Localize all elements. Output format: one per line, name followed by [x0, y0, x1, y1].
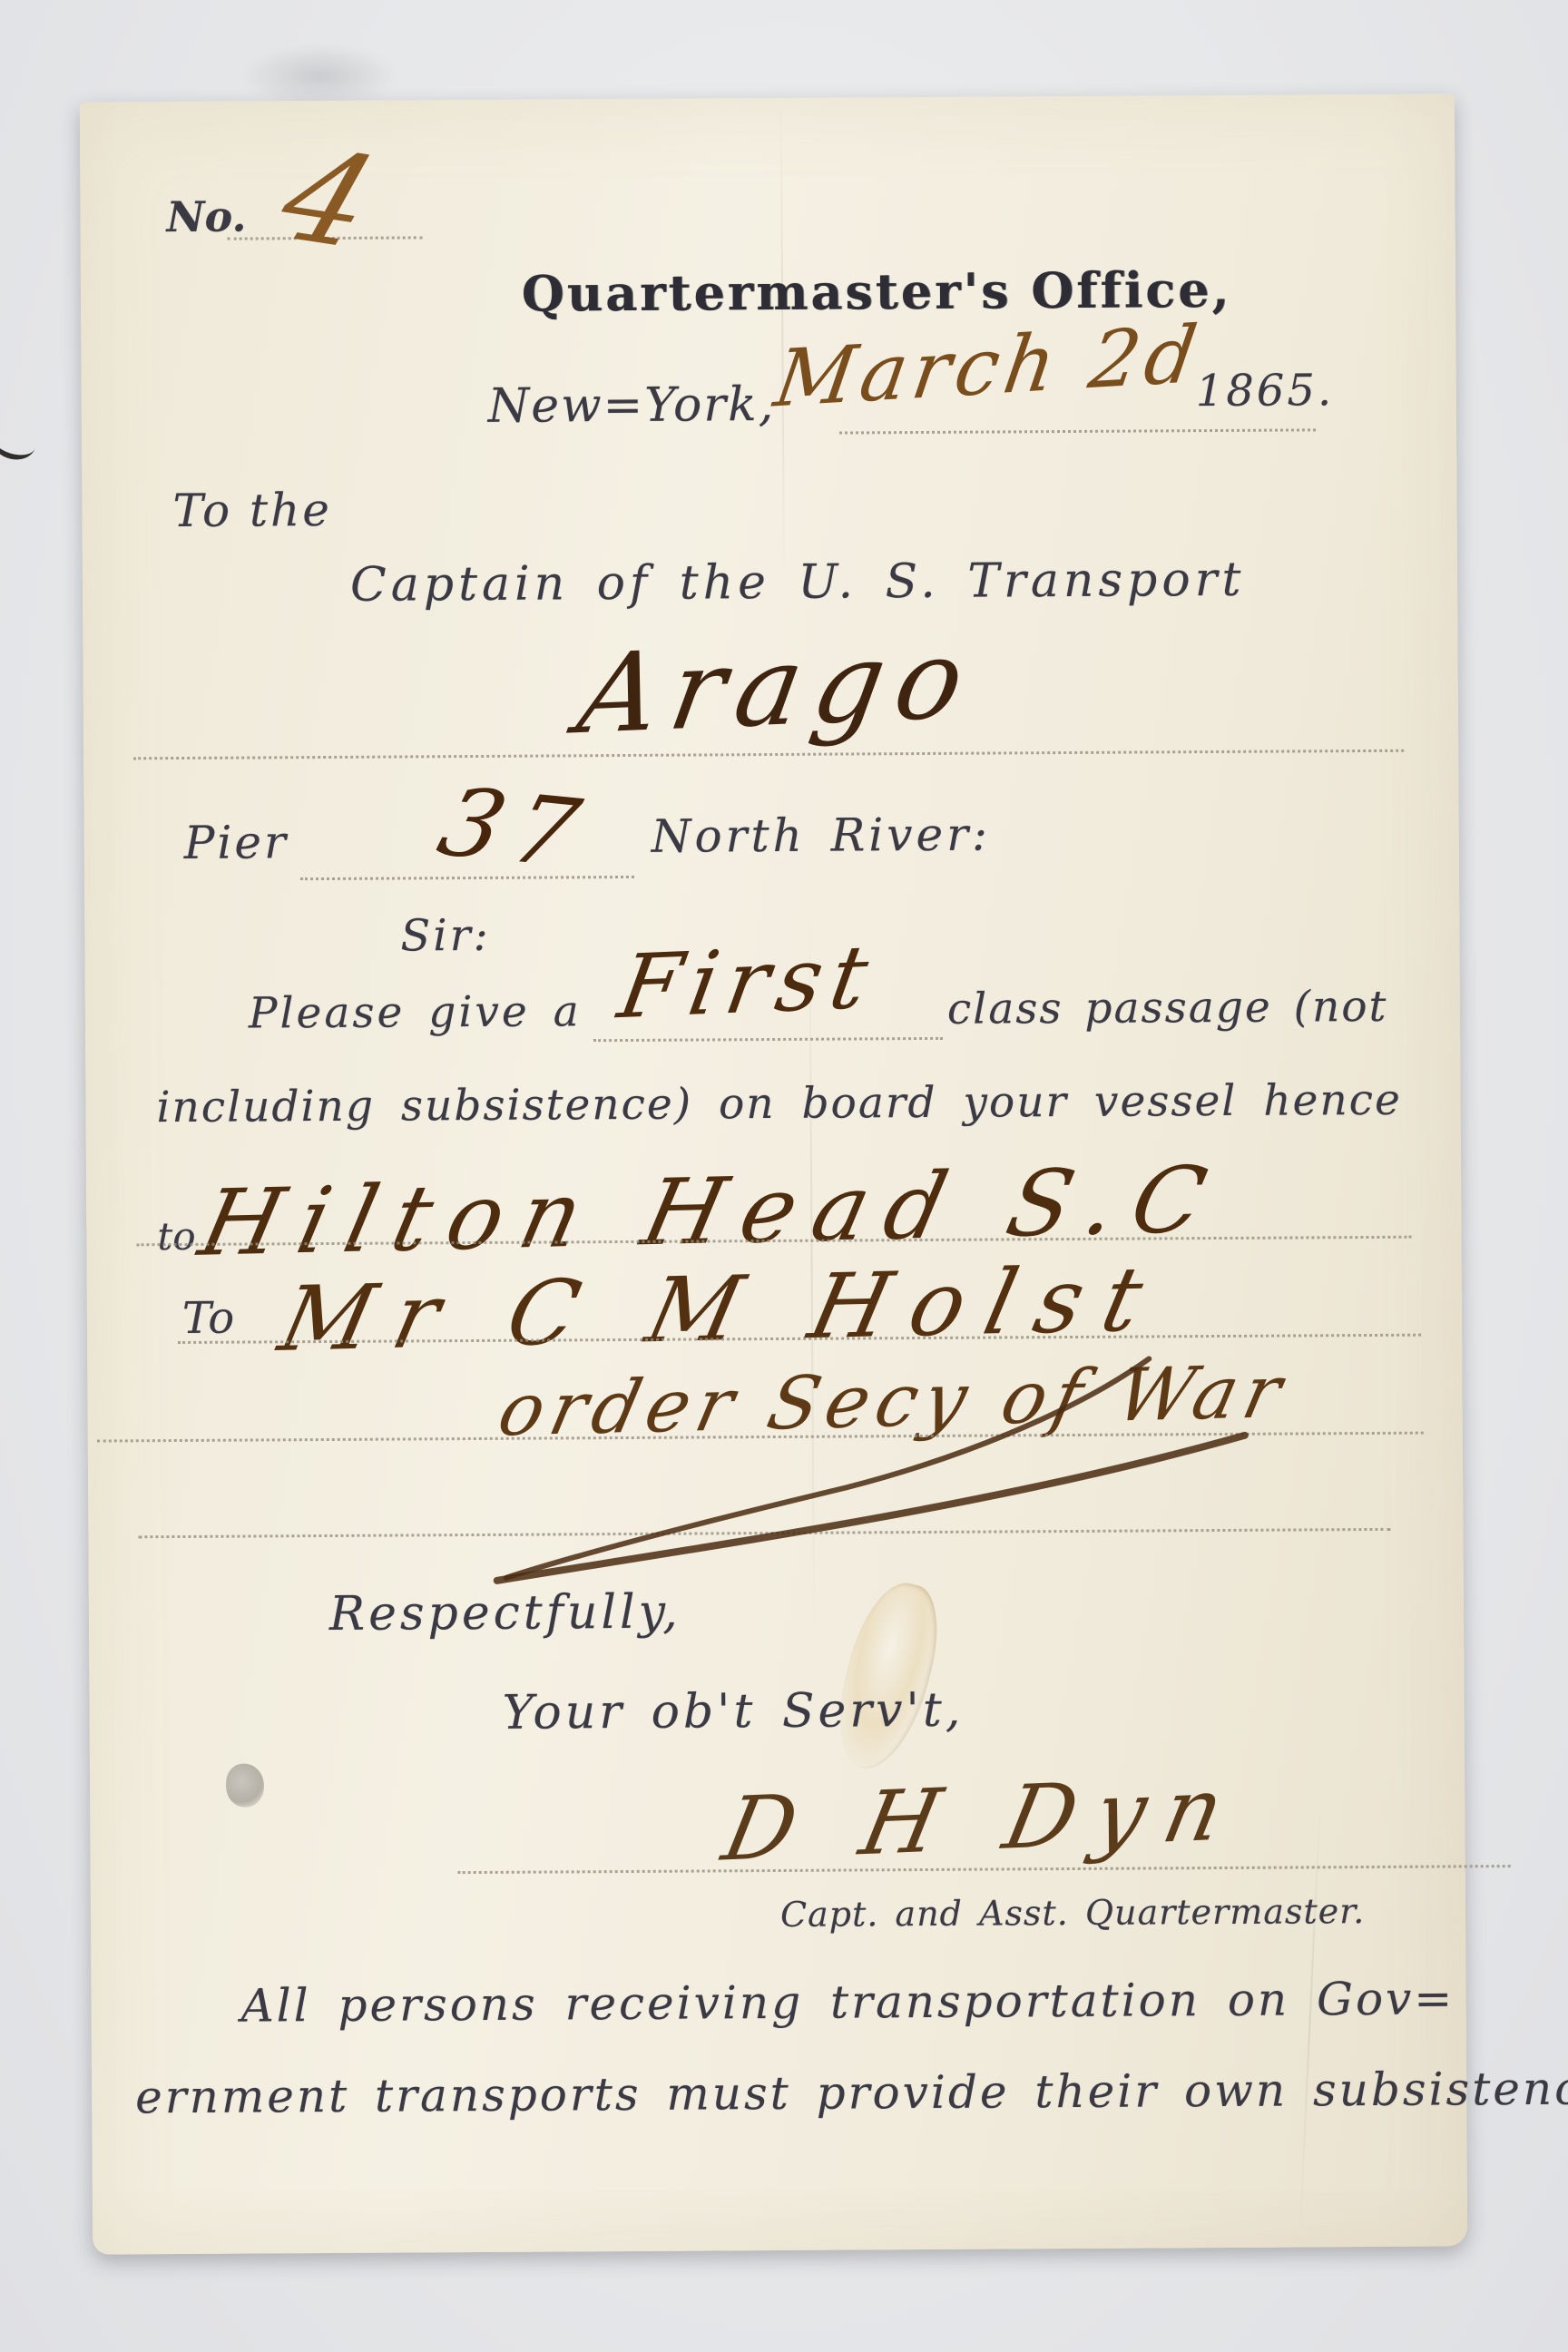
place-printed: New=York,	[488, 377, 776, 434]
footer-line1: All persons receiving transportation on …	[240, 1972, 1455, 2032]
closing-line1: Respectfully,	[329, 1585, 681, 1641]
to-word: to	[157, 1214, 195, 1259]
addressee-line1: To the	[172, 484, 332, 537]
closing-line2: Your ob't Serv't,	[502, 1683, 964, 1740]
signature-handwritten: D H Dyn	[715, 1757, 1252, 1880]
to-label: To	[182, 1293, 235, 1344]
body-line1-start: Please give a	[249, 986, 582, 1038]
river-label: North River:	[652, 808, 992, 863]
number-label: No.	[166, 192, 246, 242]
salutation: Sir:	[400, 910, 491, 962]
pier-label: Pier	[184, 816, 289, 869]
signer-title: Capt. and Asst. Quartermaster.	[780, 1891, 1366, 1935]
background-smudge	[240, 44, 399, 109]
vessel-name-handwritten: Arago	[570, 616, 985, 759]
class-dotted-line	[593, 1037, 943, 1042]
paper-blemish	[226, 1763, 264, 1807]
year-printed: 1865.	[1196, 365, 1335, 416]
footer-line2: ernment transports must provide their ow…	[135, 2062, 1568, 2123]
pier-number-handwritten: 37	[427, 767, 603, 889]
body-line1-end: class passage (not	[947, 982, 1388, 1034]
photo-edge-mark	[0, 416, 41, 465]
document-paper: No. 4 Quartermaster's Office, New=York, …	[80, 93, 1467, 2254]
photo-background: { "colors": { "background": "#e7e8ea", "…	[0, 0, 1568, 2352]
blank-dotted-line	[138, 1528, 1390, 1538]
vessel-dotted-line	[133, 750, 1404, 760]
addressee-line2: Captain of the U. S. Transport	[350, 553, 1246, 612]
body-line2: including subsistence) on board your ves…	[156, 1075, 1402, 1132]
date-dotted-line	[839, 428, 1316, 434]
paper-stain	[826, 1574, 950, 1779]
passenger-handwritten: Mr C M Holst	[270, 1248, 1173, 1372]
class-value-handwritten: First	[612, 926, 884, 1038]
number-value-handwritten: 4	[263, 122, 391, 277]
date-handwritten: March 2d	[769, 309, 1208, 425]
